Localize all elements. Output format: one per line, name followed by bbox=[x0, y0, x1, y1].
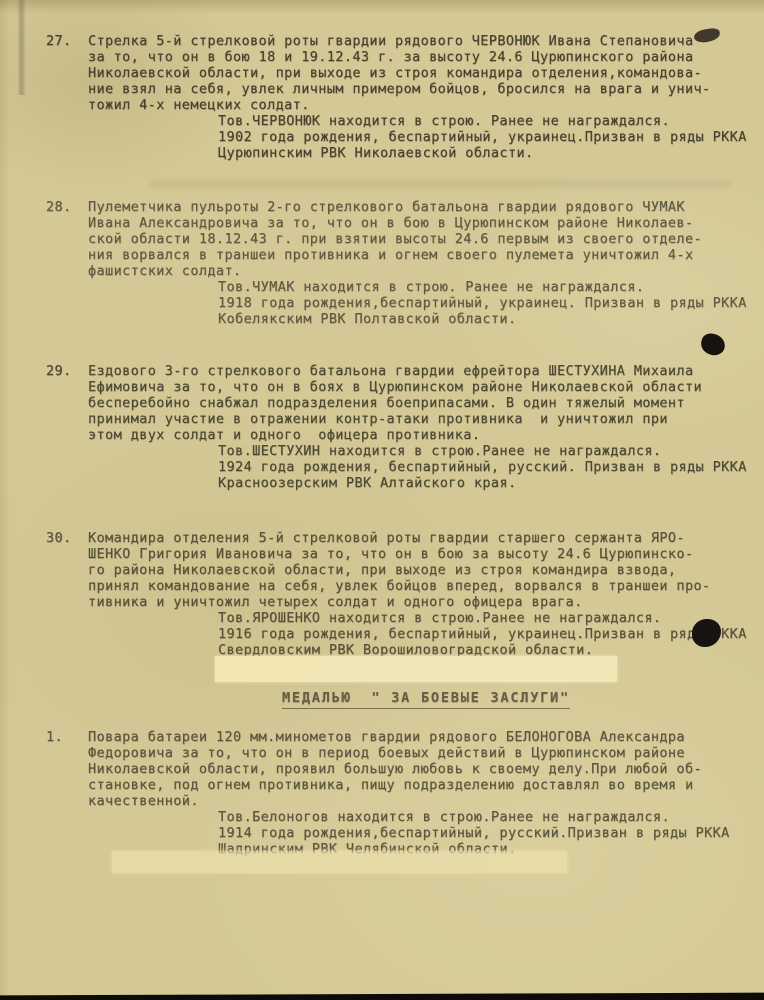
scan-edge bbox=[0, 993, 764, 1000]
body-text-line: Пулеметчика пульроты 2-го стрелкового ба… bbox=[88, 199, 756, 215]
body-text-line: бесперебойно снабжал подразделения боепр… bbox=[88, 395, 756, 411]
detail-text-line: Тов.ЯРОШЕНКО находится в строю.Ранее не … bbox=[218, 610, 756, 626]
detail-text-line: 1918 года рождения,беспартийный, украине… bbox=[218, 295, 756, 311]
item-number: 29. bbox=[46, 363, 72, 379]
body-text-line: Федоровича за то, что он в период боевых… bbox=[88, 745, 756, 761]
body-text-line: Николаевской области, проявил большую лю… bbox=[88, 761, 756, 777]
body-text-line: ской области 18.12.43 г. при взятии высо… bbox=[88, 231, 756, 247]
item-text-block: Ездового 3-го стрелкового батальона гвар… bbox=[88, 363, 756, 491]
item-number: 30. bbox=[46, 530, 72, 546]
item-number: 27. bbox=[46, 33, 72, 49]
item-text-block: Повара батареи 120 мм.минометов гвардии … bbox=[88, 729, 756, 857]
item-text-block: Командира отделения 5-й стрелковой роты … bbox=[88, 530, 756, 658]
detail-text-line: Свердловским РВК Ворошиловоградской обла… bbox=[218, 642, 756, 658]
body-text-line: ния ворвался в траншеи противника и огне… bbox=[88, 247, 756, 263]
detail-text-line: Цурюпинским РВК Николаевской области. bbox=[218, 145, 756, 161]
award-item: 1. Повара батареи 120 мм.минометов гвард… bbox=[0, 729, 764, 857]
body-text-line: ние взял на себя, увлек личным примером … bbox=[88, 81, 756, 97]
medal-section-heading: МЕДАЛЬЮ " ЗА БОЕВЫЕ ЗАСЛУГИ" bbox=[282, 690, 570, 709]
item-number: 1. bbox=[46, 729, 63, 745]
body-text-line: качественной. bbox=[88, 793, 756, 809]
detail-text-line: Красноозерским РВК Алтайского края. bbox=[218, 475, 756, 491]
body-text-line: Командира отделения 5-й стрелковой роты … bbox=[88, 530, 756, 546]
body-text-line: принимал участие в отражении контр-атаки… bbox=[88, 411, 756, 427]
award-item: 29. Ездового 3-го стрелкового батальона … bbox=[0, 363, 764, 491]
detail-text-line: Тов.Белоногов находится в строю.Ранее не… bbox=[218, 809, 756, 825]
detail-text-line: 1924 года рождения, беспартийный, русски… bbox=[218, 459, 756, 475]
body-text-line: фашистских солдат. bbox=[88, 263, 756, 279]
document-content: 27. Стрелка 5-й стрелковой роты гвардии … bbox=[0, 33, 764, 857]
item-number: 28. bbox=[46, 199, 72, 215]
body-text-line: ШЕНКО Григория Ивановича за то, что он в… bbox=[88, 546, 756, 562]
item-text-block: Стрелка 5-й стрелковой роты гвардии рядо… bbox=[88, 33, 756, 161]
award-item: 28. Пулеметчика пульроты 2-го стрелковог… bbox=[0, 199, 764, 327]
detail-text-line: Кобелякским РВК Полтавской области. bbox=[218, 311, 756, 327]
body-text-line: Повара батареи 120 мм.минометов гвардии … bbox=[88, 729, 756, 745]
body-text-line: тивника и уничтожил четырех солдат и одн… bbox=[88, 594, 756, 610]
body-text-line: за то, что он в бою 18 и 19.12.43 г. за … bbox=[88, 49, 756, 65]
scanned-award-document-page: 27. Стрелка 5-й стрелковой роты гвардии … bbox=[0, 0, 764, 1000]
detail-text-line: Тов.ШЕСТУХИН находится в строю.Ранее не … bbox=[218, 443, 756, 459]
detail-text-line: Тов.ЧЕРВОНЮК находится в строю. Ранее не… bbox=[218, 113, 756, 129]
body-text-line: принял командование на себя, увлек бойцо… bbox=[88, 578, 756, 594]
body-text-line: этом двух солдат и одного офицера против… bbox=[88, 427, 756, 443]
body-text-line: Ефимовича за то, что он в боях в Цурюпин… bbox=[88, 379, 756, 395]
detail-text-line: 1902 года рождения, беспартийный, украин… bbox=[218, 129, 756, 145]
award-item: 27. Стрелка 5-й стрелковой роты гвардии … bbox=[0, 33, 764, 161]
body-text-line: Ездового 3-го стрелкового батальона гвар… bbox=[88, 363, 756, 379]
body-text-line: становке, под огнем противника, пищу под… bbox=[88, 777, 756, 793]
body-text-line: Ивана Александровича за то, что он в бою… bbox=[88, 215, 756, 231]
body-text-line: го района Николаевской области, при выхо… bbox=[88, 562, 756, 578]
detail-text-line: 1914 года рождения,беспартийный, русский… bbox=[218, 825, 756, 841]
detail-text-line: Шадринским РВК Челябинской области. bbox=[218, 841, 756, 857]
body-text-line: Стрелка 5-й стрелковой роты гвардии рядо… bbox=[88, 33, 756, 49]
award-list-orden: 27. Стрелка 5-й стрелковой роты гвардии … bbox=[0, 33, 764, 658]
award-item: 30. Командира отделения 5-й стрелковой р… bbox=[0, 530, 764, 658]
body-text-line: Николаевской области, при выходе из стро… bbox=[88, 65, 756, 81]
body-text-line: тожил 4-х немецких солдат. bbox=[88, 97, 756, 113]
award-list-medal: 1. Повара батареи 120 мм.минометов гвард… bbox=[0, 729, 764, 857]
detail-text-line: 1916 года рождения, беспартийный, украин… bbox=[218, 626, 756, 642]
item-text-block: Пулеметчика пульроты 2-го стрелкового ба… bbox=[88, 199, 756, 327]
detail-text-line: Тов.ЧУМАК находится в строю. Ранее не на… bbox=[218, 279, 756, 295]
